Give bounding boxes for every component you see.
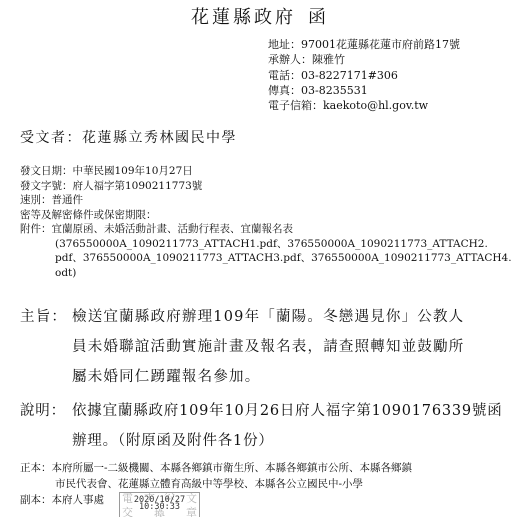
explanation-line: 依據宜蘭縣政府109年10月26日府人福字第1090176339號函 (72, 396, 503, 426)
original-recipients: 本府所屬一-二級機關、本縣各鄉鎮市衛生所、本縣各鄉鎮市公所、本縣各鄉鎮 (52, 460, 413, 476)
issue-date: 發文日期：中華民國109年10月27日 (20, 164, 512, 179)
recipient: 受文者：花蓮縣立秀林國民中學 (20, 128, 237, 148)
attachment-files-line: (376550000A_1090211773_ATTACH1.pdf、37655… (20, 237, 512, 252)
attachments: 附件： 宜蘭原函、未婚活動計畫、活動行程表、宜蘭報名表 (20, 222, 512, 237)
contact-fax: 傳真：03-8235531 (268, 83, 460, 98)
attachment-files-line: odt) (20, 266, 512, 281)
document-number: 發文字號：府人福字第1090211773號 (20, 179, 512, 194)
document-type: 函 (308, 7, 329, 28)
contact-block: 地址：97001花蓮縣花蓮市府前路17號 承辦人：陳雅竹 電話：03-82271… (268, 37, 460, 113)
contact-handler: 承辦人：陳雅竹 (268, 52, 460, 67)
subject-section: 主旨： 檢送宜蘭縣政府辦理109年「蘭陽。冬戀遇見你」公教人 員未婚聯誼活動實施… (20, 302, 465, 392)
contact-address: 地址：97001花蓮縣花蓮市府前路17號 (268, 37, 460, 52)
copy-recipients: 本府人事處 (52, 492, 105, 508)
original-label: 正本： (20, 460, 52, 476)
attachment-files-line: pdf、376550000A_1090211773_ATTACH3.pdf、37… (20, 251, 512, 266)
subject-label: 主旨： (20, 302, 72, 332)
explanation-label: 說明： (20, 396, 72, 426)
explanation-line: 辦理。（附原函及附件各1份） (72, 426, 274, 456)
attachments-list: 宜蘭原函、未婚活動計畫、活動行程表、宜蘭報名表 (52, 222, 294, 237)
contact-phone: 電話：03-8227171#306 (268, 68, 460, 83)
contact-email: 電子信箱：kaekoto@hl.gov.tw (268, 98, 460, 113)
distribution-section: 正本： 本府所屬一-二級機關、本縣各鄉鎮市衛生所、本縣各鄉鎮市公所、本縣各鄉鎮 … (20, 460, 412, 508)
document-title: 花蓮縣政府函 (0, 6, 520, 30)
agency-name: 花蓮縣政府 (191, 7, 296, 28)
subject-line: 員未婚聯誼活動實施計畫及報名表，請查照轉知並鼓勵所 (72, 332, 465, 362)
attachments-label: 附件： (20, 222, 52, 237)
seal-time: 10:30:33 (120, 503, 199, 511)
document-meta: 發文日期：中華民國109年10月27日 發文字號：府人福字第1090211773… (20, 164, 512, 280)
subject-line: 屬未婚同仁踴躍報名參加。 (72, 362, 260, 392)
copy-label: 副本： (20, 492, 52, 508)
original-recipients-cont: 市民代表會、花蓮縣立體育高級中等學校、本縣各公立國民中-小學 (20, 476, 412, 492)
electronic-seal-stamp: 電 子 公 文 交 換 章 2020/10/27 10:30:33 (119, 492, 200, 517)
secrecy-terms: 密等及解密條件或保密期限： (20, 208, 512, 223)
speed-class: 速別：普通件 (20, 193, 512, 208)
explanation-section: 說明： 依據宜蘭縣政府109年10月26日府人福字第1090176339號函 辦… (20, 396, 503, 456)
subject-line: 檢送宜蘭縣政府辦理109年「蘭陽。冬戀遇見你」公教人 (72, 302, 464, 332)
